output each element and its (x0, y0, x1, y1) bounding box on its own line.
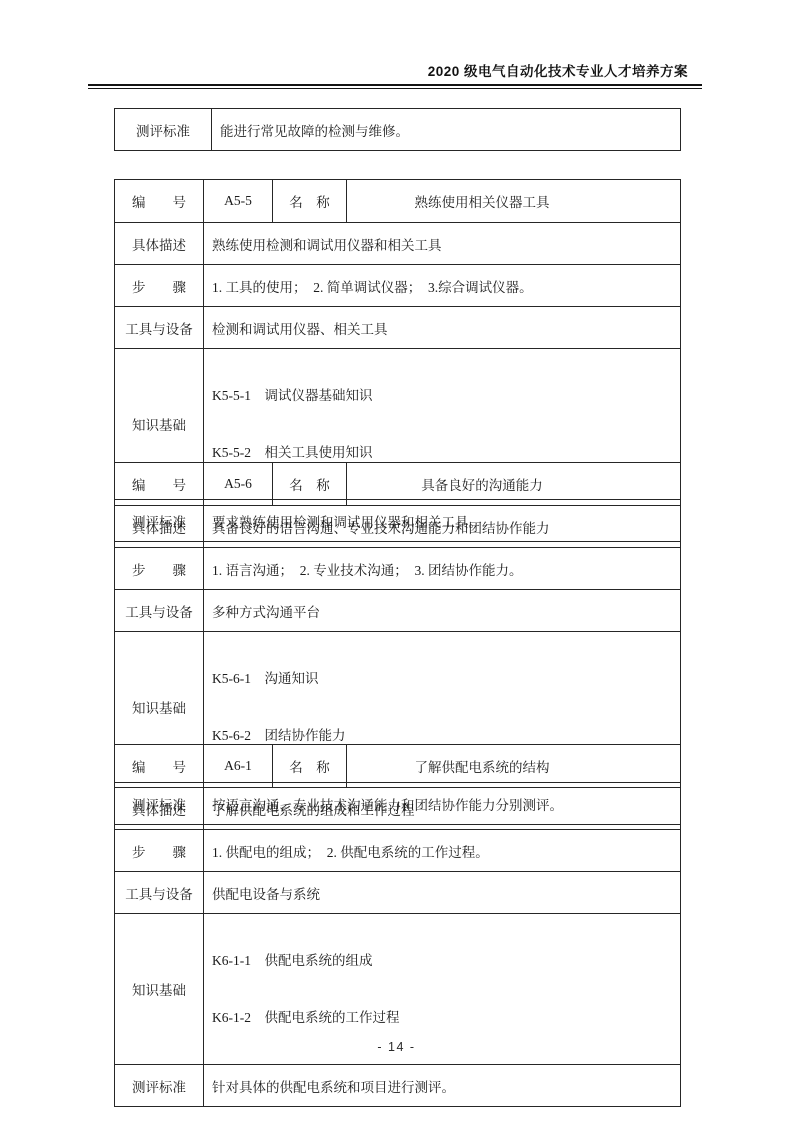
field-value: 检测和调试用仪器、相关工具 (204, 307, 681, 349)
table-row: 测评标准 能进行常见故障的检测与维修。 (115, 109, 681, 151)
table-row: 测评标准 针对具体的供配电系统和项目进行测评。 (115, 1065, 681, 1107)
document-page: 2020 级电气自动化技术专业人才培养方案 测评标准 能进行常见故障的检测与维修… (0, 0, 793, 1122)
criteria-table: 测评标准 能进行常见故障的检测与维修。 (114, 108, 681, 151)
table-row: 工具与设备 检测和调试用仪器、相关工具 (115, 307, 681, 349)
task-name: 熟练使用相关仪器工具 (347, 180, 681, 223)
field-value: 1. 工具的使用； 2. 简单调试仪器； 3.综合调试仪器。 (204, 265, 681, 307)
field-label: 具体描述 (115, 506, 204, 548)
field-label-id: 编 号 (115, 463, 204, 506)
field-label: 工具与设备 (115, 590, 204, 632)
task-id: A6-1 (204, 745, 273, 788)
table-row: 工具与设备 供配电设备与系统 (115, 872, 681, 914)
knowledge-line: K6-1-1 供配电系统的组成 (212, 948, 672, 973)
field-value: 1. 语言沟通； 2. 专业技术沟通； 3. 团结协作能力。 (204, 548, 681, 590)
page-number: - 14 - (0, 1040, 793, 1054)
knowledge-line: K6-1-2 供配电系统的工作过程 (212, 1005, 672, 1030)
task-id: A5-5 (204, 180, 273, 223)
table-row: 工具与设备 多种方式沟通平台 (115, 590, 681, 632)
field-label: 具体描述 (115, 223, 204, 265)
field-value: 具备良好的语言沟通、专业技术沟通能力和团结协作能力 (204, 506, 681, 548)
knowledge-line: K5-5-1 调试仪器基础知识 (212, 383, 672, 408)
field-value: 多种方式沟通平台 (204, 590, 681, 632)
task-name: 了解供配电系统的结构 (347, 745, 681, 788)
header-rule-double-line (88, 84, 702, 89)
table-row: 具体描述 熟练使用检测和调试用仪器和相关工具 (115, 223, 681, 265)
field-value: 能进行常见故障的检测与维修。 (212, 109, 681, 151)
table-row: 具体描述 具备良好的语言沟通、专业技术沟通能力和团结协作能力 (115, 506, 681, 548)
field-value: 针对具体的供配电系统和项目进行测评。 (204, 1065, 681, 1107)
field-label: 工具与设备 (115, 307, 204, 349)
field-label-name: 名 称 (273, 180, 347, 223)
table-row: 步 骤 1. 语言沟通； 2. 专业技术沟通； 3. 团结协作能力。 (115, 548, 681, 590)
field-value: 熟练使用检测和调试用仪器和相关工具 (204, 223, 681, 265)
header-title: 2020 级电气自动化技术专业人才培养方案 (428, 60, 688, 80)
field-label-id: 编 号 (115, 745, 204, 788)
field-label-name: 名 称 (273, 745, 347, 788)
table-row: 步 骤 1. 工具的使用； 2. 简单调试仪器； 3.综合调试仪器。 (115, 265, 681, 307)
field-label: 步 骤 (115, 830, 204, 872)
table-row: 编 号 A5-6 名 称 具备良好的沟通能力 (115, 463, 681, 506)
field-label-name: 名 称 (273, 463, 347, 506)
task-name: 具备良好的沟通能力 (347, 463, 681, 506)
task-id: A5-6 (204, 463, 273, 506)
field-value: 了解供配电系统的组成和工作过程 (204, 788, 681, 830)
field-label: 步 骤 (115, 548, 204, 590)
field-label: 具体描述 (115, 788, 204, 830)
field-label: 步 骤 (115, 265, 204, 307)
knowledge-line: K5-6-1 沟通知识 (212, 666, 672, 691)
field-label-id: 编 号 (115, 180, 204, 223)
field-value: 供配电设备与系统 (204, 872, 681, 914)
table-row: 步 骤 1. 供配电的组成； 2. 供配电系统的工作过程。 (115, 830, 681, 872)
field-label: 测评标准 (115, 109, 212, 151)
table-row: 编 号 A5-5 名 称 熟练使用相关仪器工具 (115, 180, 681, 223)
field-label: 工具与设备 (115, 872, 204, 914)
table-row: 具体描述 了解供配电系统的组成和工作过程 (115, 788, 681, 830)
field-label: 测评标准 (115, 1065, 204, 1107)
field-value: 1. 供配电的组成； 2. 供配电系统的工作过程。 (204, 830, 681, 872)
table-row: 编 号 A6-1 名 称 了解供配电系统的结构 (115, 745, 681, 788)
